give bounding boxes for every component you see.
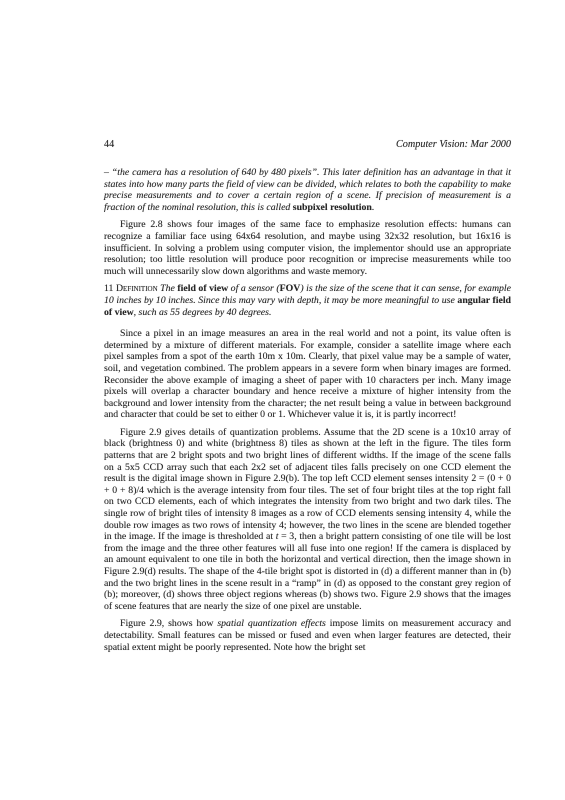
pixel-mixture-paragraph-text: Since a pixel in an image measures an ar…: [104, 328, 511, 420]
opening-paragraph-period: .: [372, 202, 374, 213]
running-title: Computer Vision: Mar 2000: [396, 139, 511, 151]
definition-label: 11 Definition: [104, 283, 158, 294]
page-header: 44Computer Vision: Mar 2000: [104, 139, 511, 151]
definition-tail: , such as 55 degrees by 40 degrees.: [134, 307, 272, 318]
scanned-book-page: 44Computer Vision: Mar 2000 – “the camer…: [0, 0, 565, 800]
figure-2-8-paragraph-text: Figure 2.8 shows four images of the same…: [104, 219, 511, 276]
definition-mid-1: of a sensor (: [228, 283, 279, 294]
page-number: 44: [104, 139, 114, 151]
spatial-quantization-effects-term: spatial quantization effects: [217, 618, 326, 629]
figure-2-9-quantization-paragraph: Figure 2.9 gives details of quantization…: [104, 427, 511, 613]
figure-2-8-paragraph: Figure 2.8 shows four images of the same…: [104, 219, 511, 277]
fov-acronym: FOV: [280, 283, 301, 294]
pixel-mixture-paragraph: Since a pixel in an image measures an ar…: [104, 328, 511, 421]
subpixel-resolution-term: subpixel resolution: [293, 202, 372, 213]
definition-11-field-of-view: 11 Definition The field of view of a sen…: [104, 283, 511, 318]
opening-italic-paragraph: – “the camera has a resolution of 640 by…: [104, 167, 511, 213]
definition-lead: The: [158, 283, 178, 294]
figure-2-9-paragraph-seg-1: Figure 2.9 gives details of quantization…: [104, 427, 511, 542]
figure-2-9-paragraph-seg-2: = 3, then a bright pattern consisting of…: [104, 531, 511, 612]
field-of-view-term: field of view: [177, 283, 228, 294]
text-column: 44Computer Vision: Mar 2000 – “the camer…: [104, 139, 511, 653]
spatial-quantization-seg-1: Figure 2.9, shows how: [120, 618, 217, 629]
spatial-quantization-paragraph: Figure 2.9, shows how spatial quantizati…: [104, 618, 511, 653]
